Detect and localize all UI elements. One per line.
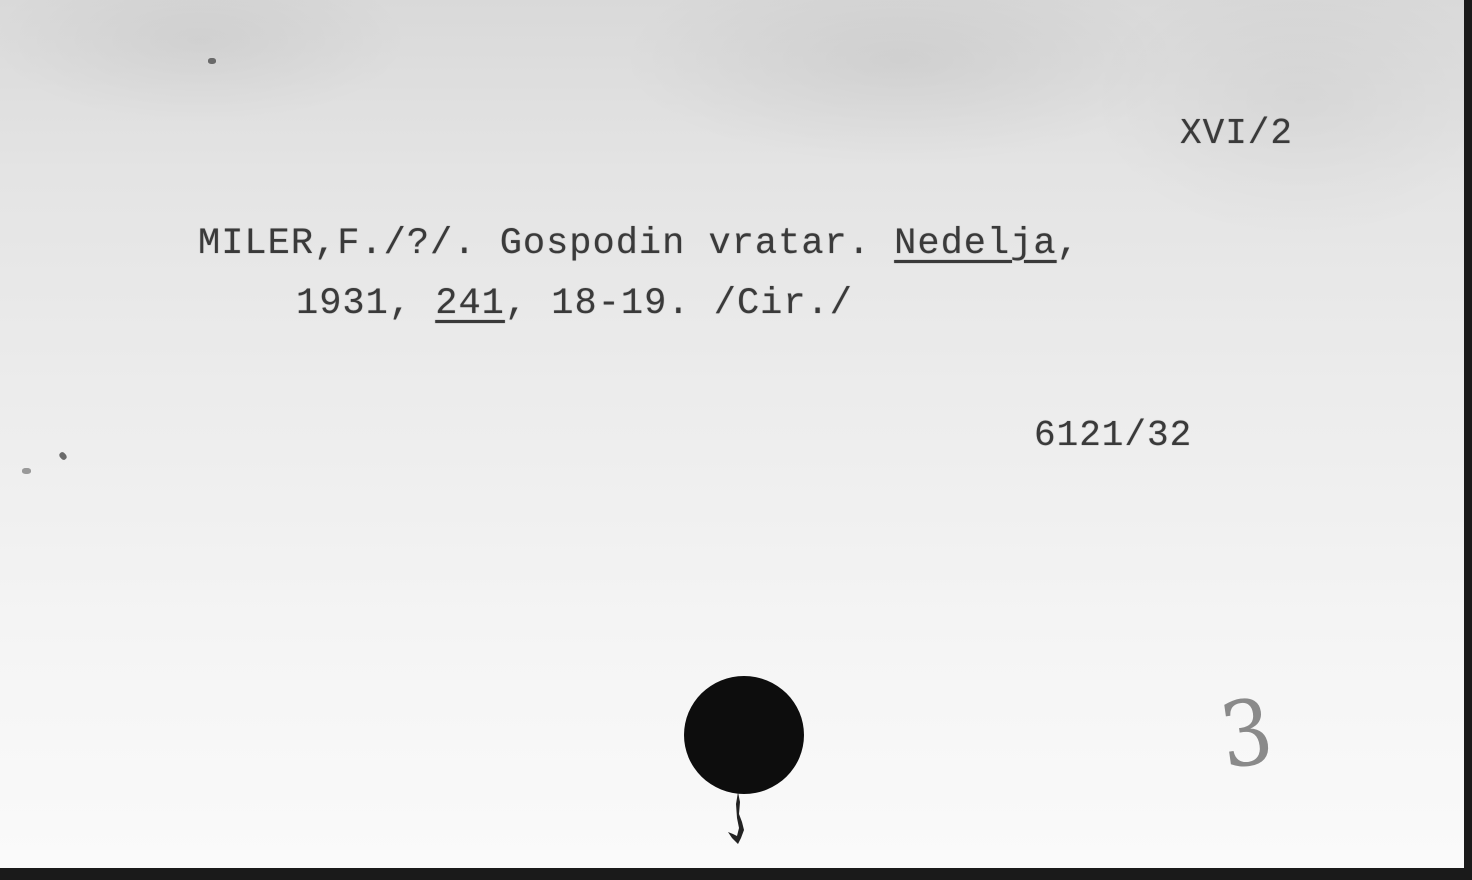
pencil-number: 3: [1215, 687, 1279, 783]
speck: [22, 468, 31, 474]
accession-number: 6121/32: [1034, 418, 1192, 454]
entry-line-1: MILER,F./?/. Gospodin vratar. Nedelja,: [198, 226, 1080, 263]
work-title: Gospodin vratar.: [500, 223, 871, 265]
speck: [58, 451, 68, 461]
classification-code: XVI/2: [1180, 116, 1293, 152]
issue-number: 241: [435, 283, 505, 325]
author: MILER,F.: [198, 223, 384, 265]
script-note: /Cir./: [714, 283, 853, 325]
entry-line-2: 1931, 241, 18-19. /Cir./: [296, 286, 853, 323]
year: 1931,: [296, 283, 412, 325]
torn-paper-mark: [724, 792, 754, 850]
pages: , 18-19.: [505, 283, 691, 325]
speck: [208, 58, 216, 64]
punch-hole: [684, 676, 804, 794]
catalog-card: XVI/2 MILER,F./?/. Gospodin vratar. Nede…: [0, 0, 1464, 868]
journal-name: Nedelja: [894, 223, 1056, 265]
punctuation: ,: [1057, 223, 1080, 265]
author-note: /?/.: [384, 223, 477, 265]
